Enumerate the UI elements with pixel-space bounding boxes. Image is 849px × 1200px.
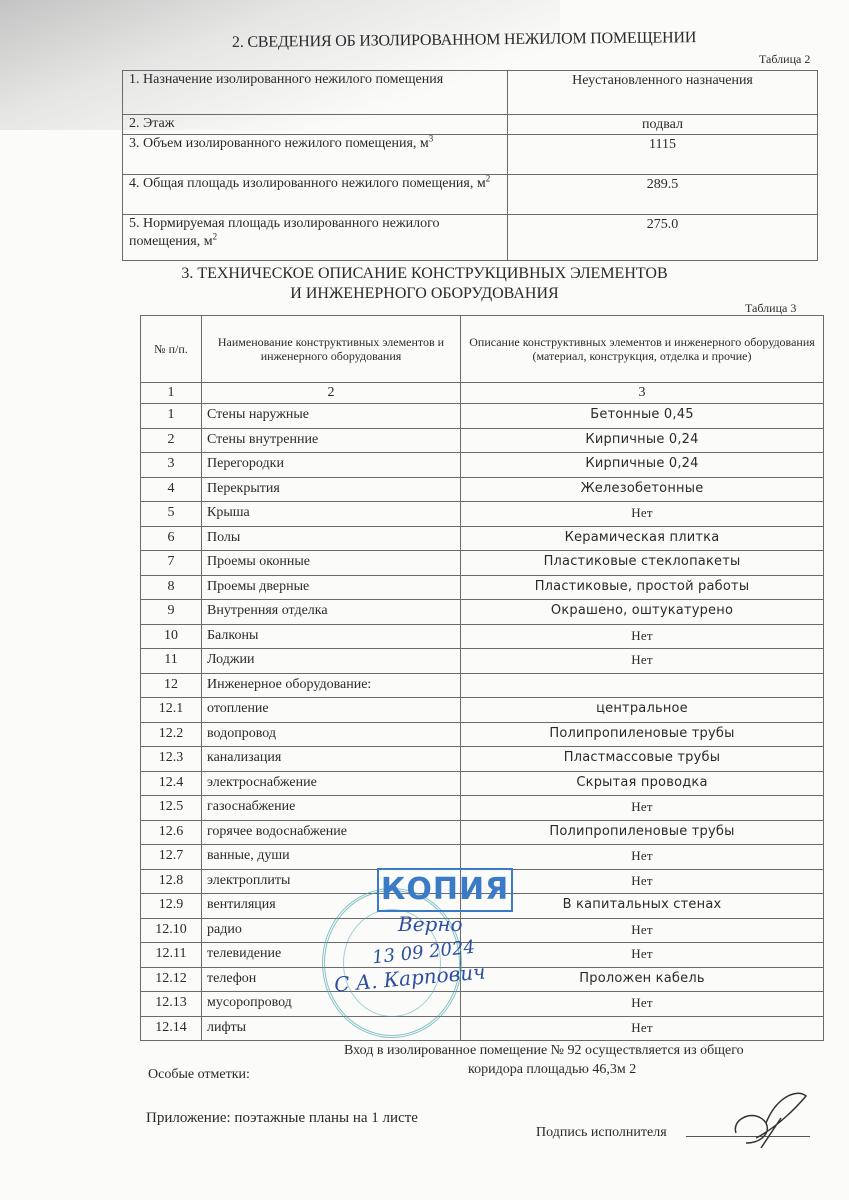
row-name: Перекрытия <box>202 477 461 502</box>
col-number: 1 <box>141 383 202 404</box>
col-number: 3 <box>461 383 824 404</box>
row-description: Нет <box>461 624 824 649</box>
handwritten-verified: Верно <box>398 912 463 936</box>
table-row: 8Проемы дверныеПластиковые, простой рабо… <box>141 575 824 600</box>
special-notes-line-2: коридора площадью 46,3м 2 <box>468 1062 636 1078</box>
row-number: 11 <box>141 649 202 674</box>
table-2: 1. Назначение изолированного нежилого по… <box>122 70 818 261</box>
table-row: 12.7ванные, душиНет <box>141 845 824 870</box>
row-number: 7 <box>141 551 202 576</box>
row-name: Лоджии <box>202 649 461 674</box>
table-3-caption: Таблица 3 <box>745 301 796 316</box>
row-description: центральное <box>461 698 824 723</box>
header-description: Описание конструктивных элементов и инже… <box>461 316 824 383</box>
special-notes-line-1: Вход в изолированное помещение № 92 осущ… <box>344 1043 744 1059</box>
table-row: 4. Общая площадь изолированного нежилого… <box>123 175 818 215</box>
table-row: 3ПерегородкиКирпичные 0,24 <box>141 453 824 478</box>
row-name: Балконы <box>202 624 461 649</box>
table-header-row: № п/п. Наименование конструктивных элеме… <box>141 316 824 383</box>
column-number-row: 1 2 3 <box>141 383 824 404</box>
table-row: 12.6горячее водоснабжениеПолипропиленовы… <box>141 820 824 845</box>
table-3: № п/п. Наименование конструктивных элеме… <box>140 315 824 1041</box>
row-description: Полипропиленовые трубы <box>461 820 824 845</box>
row-description: Нет <box>461 943 824 968</box>
table-row: 5КрышаНет <box>141 502 824 527</box>
table-row: 6ПолыКерамическая плитка <box>141 526 824 551</box>
row-description: Пластиковые, простой работы <box>461 575 824 600</box>
table-row: 7Проемы оконныеПластиковые стеклопакеты <box>141 551 824 576</box>
row-value: 289.5 <box>508 175 818 215</box>
table-row: 4ПерекрытияЖелезобетонные <box>141 477 824 502</box>
row-number: 12 <box>141 673 202 698</box>
table-row: 12.2водопроводПолипропиленовые трубы <box>141 722 824 747</box>
row-number: 5 <box>141 502 202 527</box>
table-row: 12.1отоплениецентральное <box>141 698 824 723</box>
row-description: Скрытая проводка <box>461 771 824 796</box>
row-description <box>461 673 824 698</box>
row-number: 12.8 <box>141 869 202 894</box>
row-label: 5. Нормируемая площадь изолированного не… <box>123 215 508 261</box>
row-description: Пластмассовые трубы <box>461 747 824 772</box>
row-description: Пластиковые стеклопакеты <box>461 551 824 576</box>
table-row: 2. Этаж подвал <box>123 115 818 135</box>
table-row: 12.10радиоНет <box>141 918 824 943</box>
row-label: 3. Объем изолированного нежилого помещен… <box>123 135 508 175</box>
row-name: Проемы оконные <box>202 551 461 576</box>
row-number: 8 <box>141 575 202 600</box>
row-description: Нет <box>461 869 824 894</box>
table-row: 9Внутренняя отделкаОкрашено, оштукатурен… <box>141 600 824 625</box>
row-number: 12.5 <box>141 796 202 821</box>
row-number: 6 <box>141 526 202 551</box>
section-3-title-line-2: И ИНЖЕНЕРНОГО ОБОРУДОВАНИЯ <box>0 284 849 304</box>
table-row: 12.14лифтыНет <box>141 1016 824 1041</box>
row-name: Полы <box>202 526 461 551</box>
row-number: 12.11 <box>141 943 202 968</box>
table-row: 5. Нормируемая площадь изолированного не… <box>123 215 818 261</box>
row-number: 12.2 <box>141 722 202 747</box>
signature-label: Подпись исполнителя <box>536 1125 667 1141</box>
row-name: горячее водоснабжение <box>202 820 461 845</box>
row-description: В капитальных стенах <box>461 894 824 919</box>
row-value: 1115 <box>508 135 818 175</box>
row-number: 4 <box>141 477 202 502</box>
row-number: 12.9 <box>141 894 202 919</box>
special-notes-label: Особые отметки: <box>148 1067 250 1083</box>
row-number: 12.12 <box>141 967 202 992</box>
section-3-title-line-1: 3. ТЕХНИЧЕСКОЕ ОПИСАНИЕ КОНСТРУКЦИВНЫХ Э… <box>0 264 849 284</box>
row-name: Инженерное оборудование: <box>202 673 461 698</box>
row-description: Нет <box>461 845 824 870</box>
row-name: канализация <box>202 747 461 772</box>
row-name: водопровод <box>202 722 461 747</box>
row-number: 12.6 <box>141 820 202 845</box>
row-description: Бетонные 0,45 <box>461 404 824 429</box>
row-name: ванные, души <box>202 845 461 870</box>
table-row: 12.5газоснабжениеНет <box>141 796 824 821</box>
row-number: 12.13 <box>141 992 202 1017</box>
row-number: 2 <box>141 428 202 453</box>
table-row: 12.4электроснабжениеСкрытая проводка <box>141 771 824 796</box>
row-number: 12.3 <box>141 747 202 772</box>
row-label: 1. Назначение изолированного нежилого по… <box>123 71 508 115</box>
row-description: Проложен кабель <box>461 967 824 992</box>
row-name: электроснабжение <box>202 771 461 796</box>
row-description: Керамическая плитка <box>461 526 824 551</box>
row-description: Полипропиленовые трубы <box>461 722 824 747</box>
row-number: 10 <box>141 624 202 649</box>
table-row: 3. Объем изолированного нежилого помещен… <box>123 135 818 175</box>
row-description: Нет <box>461 1016 824 1041</box>
row-number: 12.10 <box>141 918 202 943</box>
row-name: газоснабжение <box>202 796 461 821</box>
row-description: Нет <box>461 796 824 821</box>
table-row: 12.13мусоропроводНет <box>141 992 824 1017</box>
row-name: отопление <box>202 698 461 723</box>
signature-mark <box>726 1088 816 1148</box>
table-row: 2Стены внутренниеКирпичные 0,24 <box>141 428 824 453</box>
row-number: 12.4 <box>141 771 202 796</box>
row-description: Окрашено, оштукатурено <box>461 600 824 625</box>
row-number: 12.7 <box>141 845 202 870</box>
row-number: 9 <box>141 600 202 625</box>
row-name: Стены наружные <box>202 404 461 429</box>
table-row: 12Инженерное оборудование: <box>141 673 824 698</box>
row-label: 4. Общая площадь изолированного нежилого… <box>123 175 508 215</box>
col-number: 2 <box>202 383 461 404</box>
row-name: Проемы дверные <box>202 575 461 600</box>
row-description: Нет <box>461 992 824 1017</box>
row-name: Внутренняя отделка <box>202 600 461 625</box>
row-value: Неустановленного назначения <box>508 71 818 115</box>
row-name: Стены внутренние <box>202 428 461 453</box>
row-description: Железобетонные <box>461 477 824 502</box>
row-value: подвал <box>508 115 818 135</box>
row-name: Перегородки <box>202 453 461 478</box>
table-row: 11ЛоджииНет <box>141 649 824 674</box>
row-number: 1 <box>141 404 202 429</box>
appendix-note: Приложение: поэтажные планы на 1 листе <box>146 1110 418 1127</box>
row-description: Кирпичные 0,24 <box>461 453 824 478</box>
table-2-caption: Таблица 2 <box>759 52 810 67</box>
header-num: № п/п. <box>141 316 202 383</box>
table-row: 1. Назначение изолированного нежилого по… <box>123 71 818 115</box>
header-name: Наименование конструктивных элементов и … <box>202 316 461 383</box>
table-row: 1Стены наружныеБетонные 0,45 <box>141 404 824 429</box>
table-row: 10БалконыНет <box>141 624 824 649</box>
table-row: 12.3канализацияПластмассовые трубы <box>141 747 824 772</box>
row-value: 275.0 <box>508 215 818 261</box>
row-description: Нет <box>461 918 824 943</box>
section-2-title: 2. СВЕДЕНИЯ ОБ ИЗОЛИРОВАННОМ НЕЖИЛОМ ПОМ… <box>232 29 696 52</box>
row-label: 2. Этаж <box>123 115 508 135</box>
copy-stamp: КОПИЯ <box>377 868 513 912</box>
row-description: Кирпичные 0,24 <box>461 428 824 453</box>
row-number: 3 <box>141 453 202 478</box>
row-number: 12.14 <box>141 1016 202 1041</box>
row-description: Нет <box>461 502 824 527</box>
row-name: Крыша <box>202 502 461 527</box>
row-description: Нет <box>461 649 824 674</box>
row-number: 12.1 <box>141 698 202 723</box>
